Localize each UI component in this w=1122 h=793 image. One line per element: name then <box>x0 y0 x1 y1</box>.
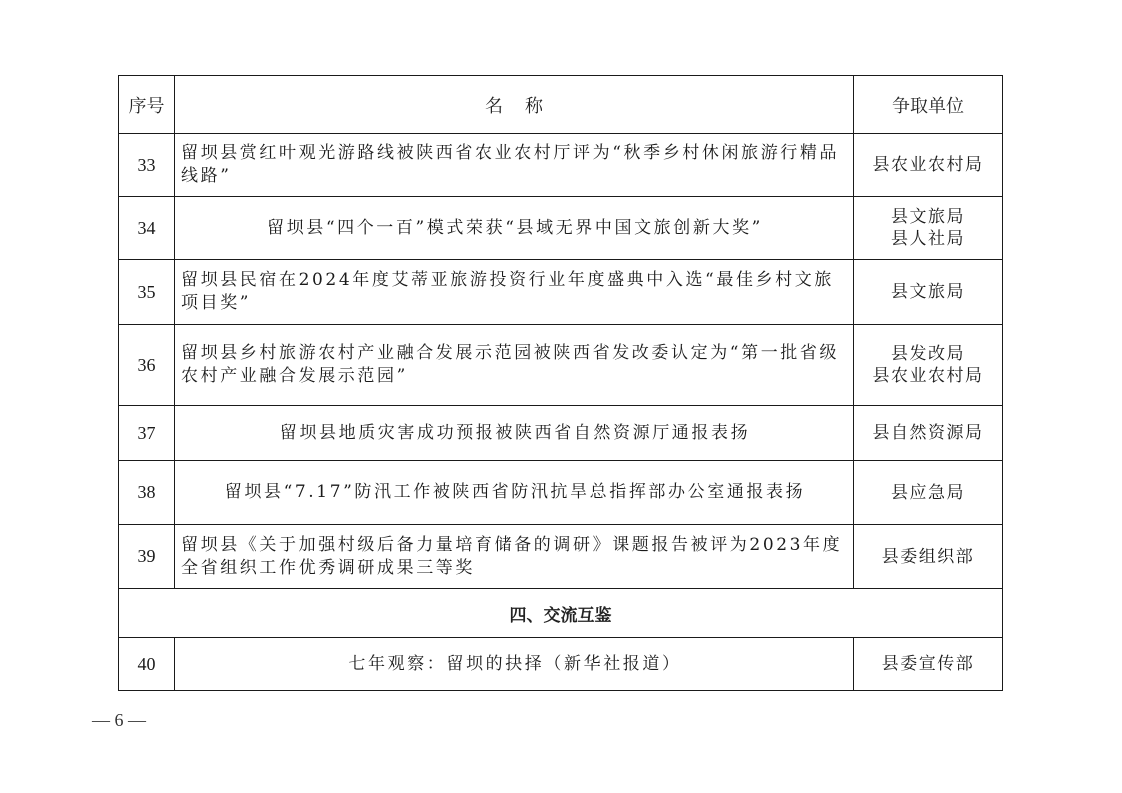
row-name: 留坝县《关于加强村级后备力量培育储备的调研》课题报告被评为2023年度全省组织工… <box>175 525 854 589</box>
row-index: 33 <box>119 134 175 197</box>
unit-line: 县文旅局 <box>854 206 1002 228</box>
unit-line: 县发改局 <box>854 343 1002 365</box>
table-row: 39 留坝县《关于加强村级后备力量培育储备的调研》课题报告被评为2023年度全省… <box>119 525 1003 589</box>
row-index: 36 <box>119 325 175 406</box>
table-header-row: 序号 名称 争取单位 <box>119 76 1003 134</box>
table-row: 37 留坝县地质灾害成功预报被陕西省自然资源厅通报表扬 县自然资源局 <box>119 406 1003 461</box>
row-name: 留坝县赏红叶观光游路线被陕西省农业农村厅评为“秋季乡村休闲旅游行精品线路” <box>175 134 854 197</box>
header-name: 名称 <box>175 76 854 134</box>
row-name: 留坝县地质灾害成功预报被陕西省自然资源厅通报表扬 <box>175 406 854 461</box>
unit-line: 县文旅局 <box>854 281 1002 303</box>
section-header-row: 四、交流互鉴 <box>119 589 1003 638</box>
row-index: 39 <box>119 525 175 589</box>
row-index: 38 <box>119 461 175 525</box>
unit-line: 县应急局 <box>854 482 1002 504</box>
table-row: 38 留坝县“7.17”防汛工作被陕西省防汛抗旱总指挥部办公室通报表扬 县应急局 <box>119 461 1003 525</box>
row-unit: 县文旅局 县人社局 <box>854 197 1003 260</box>
row-unit: 县委宣传部 <box>854 638 1003 691</box>
header-unit: 争取单位 <box>854 76 1003 134</box>
row-name: 留坝县民宿在2024年度艾蒂亚旅游投资行业年度盛典中入选“最佳乡村文旅项目奖” <box>175 260 854 325</box>
row-unit: 县发改局 县农业农村局 <box>854 325 1003 406</box>
row-unit: 县农业农村局 <box>854 134 1003 197</box>
unit-line: 县农业农村局 <box>854 365 1002 387</box>
awards-table: 序号 名称 争取单位 33 留坝县赏红叶观光游路线被陕西省农业农村厅评为“秋季乡… <box>118 75 1003 691</box>
row-unit: 县应急局 <box>854 461 1003 525</box>
unit-line: 县人社局 <box>854 228 1002 250</box>
row-name: 留坝县“7.17”防汛工作被陕西省防汛抗旱总指挥部办公室通报表扬 <box>175 461 854 525</box>
row-index: 34 <box>119 197 175 260</box>
row-unit: 县自然资源局 <box>854 406 1003 461</box>
row-name: 留坝县乡村旅游农村产业融合发展示范园被陕西省发改委认定为“第一批省级农村产业融合… <box>175 325 854 406</box>
unit-line: 县委宣传部 <box>854 653 1002 675</box>
page-number: — 6 — <box>92 710 146 731</box>
row-index: 37 <box>119 406 175 461</box>
row-unit: 县文旅局 <box>854 260 1003 325</box>
table-row: 36 留坝县乡村旅游农村产业融合发展示范园被陕西省发改委认定为“第一批省级农村产… <box>119 325 1003 406</box>
section-title: 四、交流互鉴 <box>119 589 1003 638</box>
header-name-label: 名称 <box>485 96 565 117</box>
table-row: 35 留坝县民宿在2024年度艾蒂亚旅游投资行业年度盛典中入选“最佳乡村文旅项目… <box>119 260 1003 325</box>
header-index: 序号 <box>119 76 175 134</box>
row-name: 留坝县“四个一百”模式荣获“县域无界中国文旅创新大奖” <box>175 197 854 260</box>
row-unit: 县委组织部 <box>854 525 1003 589</box>
row-index: 40 <box>119 638 175 691</box>
table-row: 40 七年观察：留坝的抉择（新华社报道） 县委宣传部 <box>119 638 1003 691</box>
table-row: 33 留坝县赏红叶观光游路线被陕西省农业农村厅评为“秋季乡村休闲旅游行精品线路”… <box>119 134 1003 197</box>
table-row: 34 留坝县“四个一百”模式荣获“县域无界中国文旅创新大奖” 县文旅局 县人社局 <box>119 197 1003 260</box>
row-index: 35 <box>119 260 175 325</box>
row-name: 七年观察：留坝的抉择（新华社报道） <box>175 638 854 691</box>
unit-line: 县委组织部 <box>854 546 1002 568</box>
unit-line: 县自然资源局 <box>854 422 1002 444</box>
unit-line: 县农业农村局 <box>854 154 1002 176</box>
